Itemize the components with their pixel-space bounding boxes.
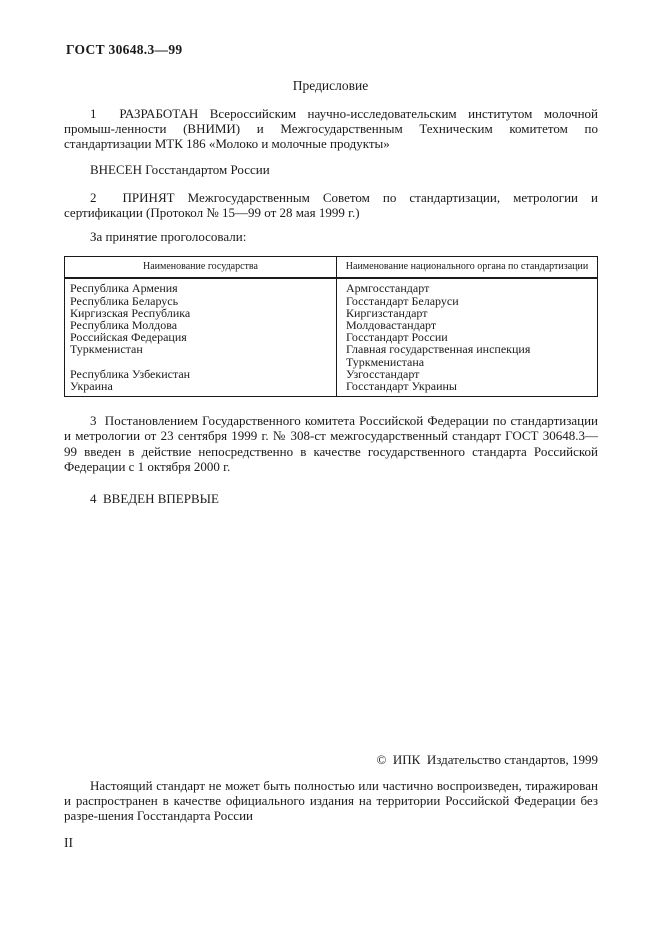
standards-body-name: Госстандарт Беларуси [337, 295, 598, 307]
clause-adopted: 2 ПРИНЯТ Межгосударственным Советом по с… [64, 190, 598, 220]
table-row: Украина Госстандарт Украины [65, 380, 598, 397]
vote-table-header-row: Наименование государства Наименование на… [65, 257, 598, 279]
distribution-notice: Настоящий стандарт не может быть полност… [64, 778, 598, 824]
preface-title: Предисловие [0, 78, 661, 94]
clause-resolution: 3 Постановлением Государственного комите… [64, 413, 598, 474]
clause-submitted: ВНЕСЕН Госстандартом России [64, 162, 598, 177]
standards-body-name: Госстандарт Украины [337, 380, 598, 397]
state-name: Туркменистан [65, 343, 337, 367]
table-row: Республика Узбекистан Узгосстандарт [65, 368, 598, 380]
doc-number: ГОСТ 30648.3—99 [66, 0, 661, 58]
table-row: Туркменистан Главная государственная инс… [65, 343, 598, 367]
state-name: Республика Армения [65, 278, 337, 294]
page-number: II [64, 835, 598, 851]
page-footer: © ИПК Издательство стандартов, 1999 Наст… [64, 752, 598, 851]
vote-table-header-state: Наименование государства [65, 257, 337, 279]
table-row: Республика Армения Армгосстандарт [65, 278, 598, 294]
standards-body-name: Главная государственная инспекция Туркме… [337, 343, 598, 367]
state-name: Республика Беларусь [65, 295, 337, 307]
clause-first-time: 4 ВВЕДЕН ВПЕРВЫЕ [64, 491, 598, 506]
state-name: Украина [65, 380, 337, 397]
vote-table-header-standards-body: Наименование национального органа по ста… [337, 257, 598, 279]
standards-body-name: Армгосстандарт [337, 278, 598, 294]
document-page: ГОСТ 30648.3—99 Предисловие 1 РАЗРАБОТАН… [0, 0, 661, 936]
clause-developed: 1 РАЗРАБОТАН Всероссийским научно-исслед… [64, 106, 598, 152]
copyright-line: © ИПК Издательство стандартов, 1999 [64, 752, 598, 768]
table-row: Республика Беларусь Госстандарт Беларуси [65, 295, 598, 307]
vote-table: Наименование государства Наименование на… [64, 256, 598, 397]
vote-intro: За принятие проголосовали: [64, 229, 598, 244]
